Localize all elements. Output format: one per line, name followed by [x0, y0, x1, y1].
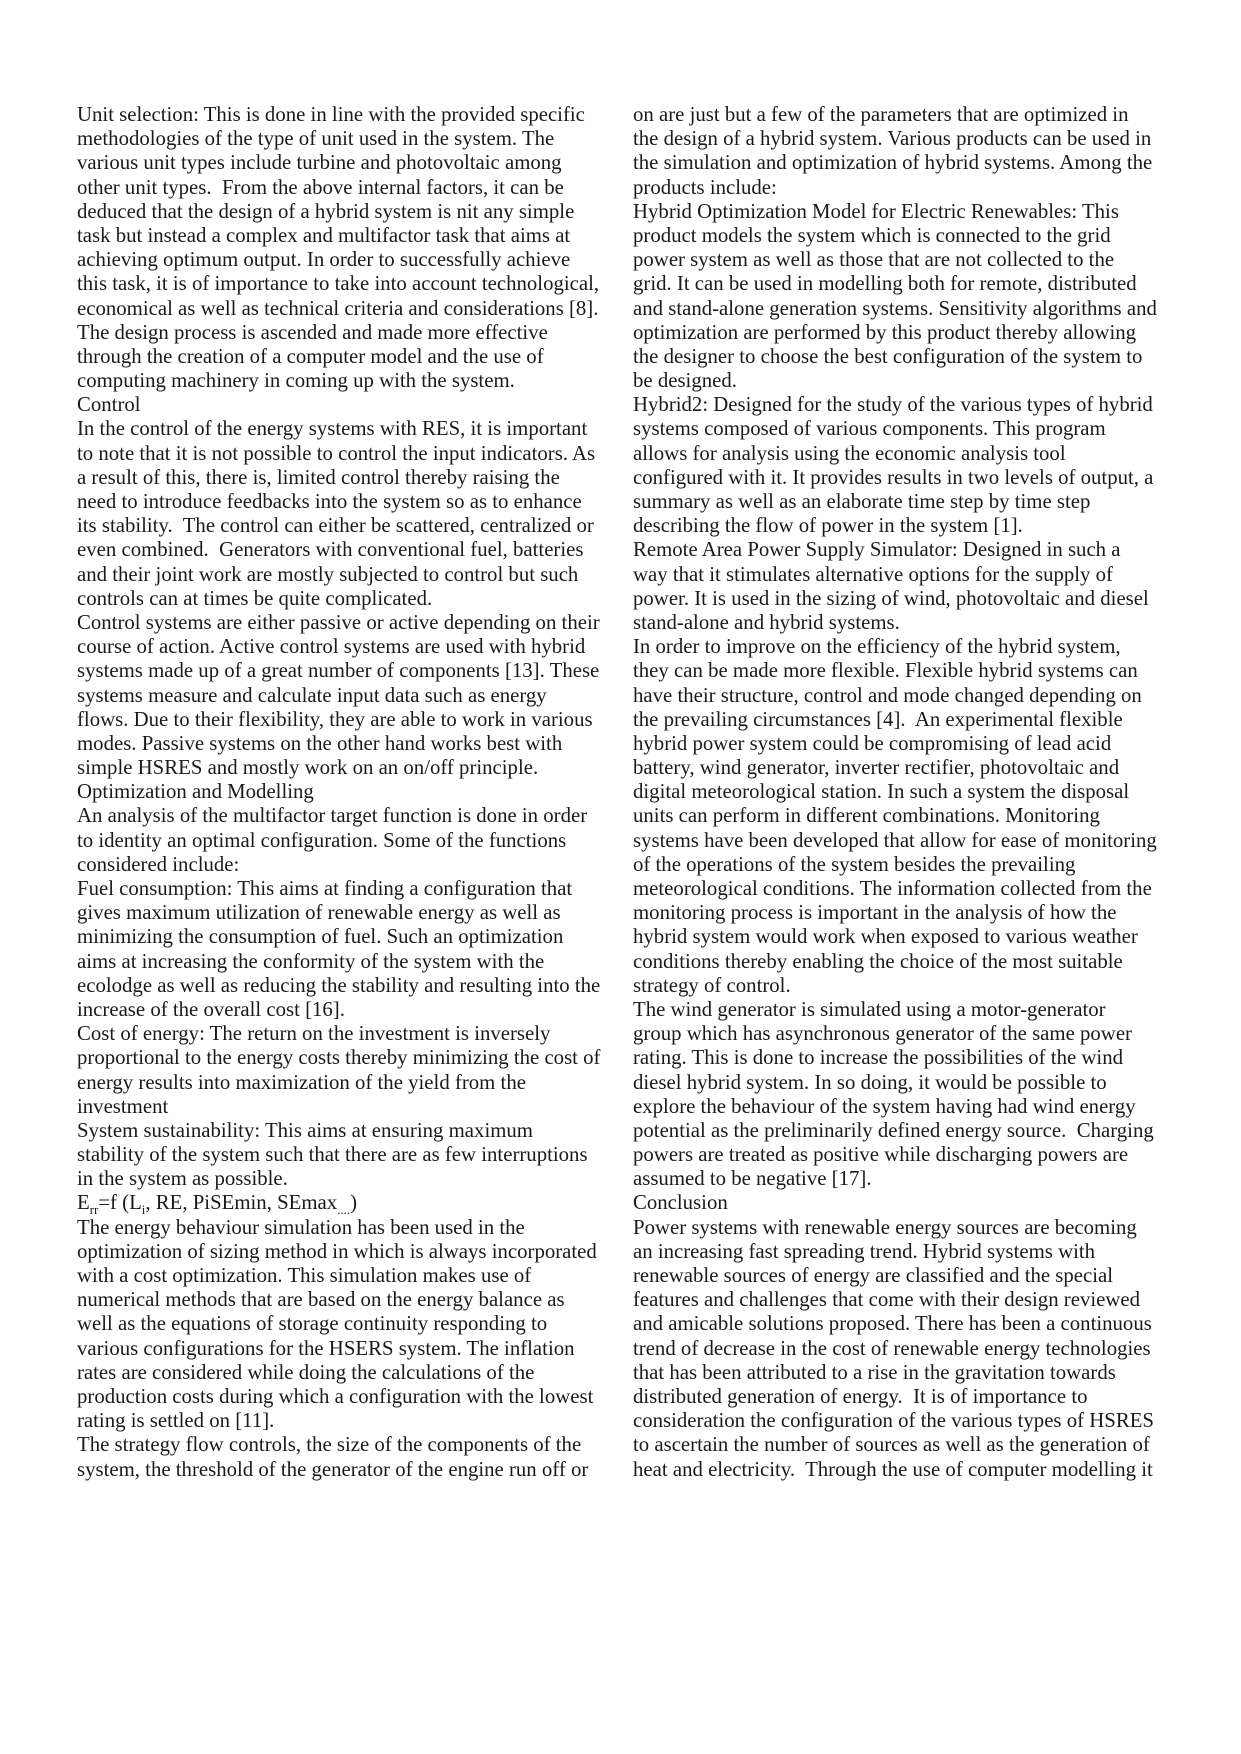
text-line: optimization of sizing method in which i…	[77, 1240, 614, 1264]
text-line: and amicable solutions proposed. There h…	[633, 1312, 1170, 1336]
text-line: in the system as possible.	[77, 1167, 614, 1191]
text-line: strategy of control.	[633, 974, 1170, 998]
text-line: battery, wind generator, inverter rectif…	[633, 756, 1170, 780]
text-line: conditions thereby enabling the choice o…	[633, 950, 1170, 974]
text-line: In order to improve on the efficiency of…	[633, 635, 1170, 659]
text-line: the simulation and optimization of hybri…	[633, 151, 1170, 175]
text-line: assumed to be negative [17].	[633, 1167, 1170, 1191]
text-line: Cost of energy: The return on the invest…	[77, 1022, 614, 1046]
text-line: computing machinery in coming up with th…	[77, 369, 614, 393]
text-line: Err=f (Li, RE, PiSEmin, SEmax....)	[77, 1191, 614, 1215]
text-line: have their structure, control and mode c…	[633, 684, 1170, 708]
text-line: Hybrid Optimization Model for Electric R…	[633, 200, 1170, 224]
text-line: Fuel consumption: This aims at finding a…	[77, 877, 614, 901]
text-line: its stability. The control can either be…	[77, 514, 614, 538]
text-line: The wind generator is simulated using a …	[633, 998, 1170, 1022]
text-line: systems have been developed that allow f…	[633, 829, 1170, 853]
text-line: that has been attributed to a rise in th…	[633, 1361, 1170, 1385]
text-line: various unit types include turbine and p…	[77, 151, 614, 175]
text-line: through the creation of a computer model…	[77, 345, 614, 369]
text-line: the prevailing circumstances [4]. An exp…	[633, 708, 1170, 732]
text-line: rating. This is done to increase the pos…	[633, 1046, 1170, 1070]
column-right: on are just but a few of the parameters …	[633, 103, 1170, 1482]
text-line: group which has asynchronous generator o…	[633, 1022, 1170, 1046]
text-line: simple HSRES and mostly work on an on/of…	[77, 756, 614, 780]
text-line: explore the behaviour of the system havi…	[633, 1095, 1170, 1119]
text-line: this task, it is of importance to take i…	[77, 272, 614, 296]
text-line: units can perform in different combinati…	[633, 804, 1170, 828]
text-line: increase of the overall cost [16].	[77, 998, 614, 1022]
text-line: modes. Passive systems on the other hand…	[77, 732, 614, 756]
text-line: and their joint work are mostly subjecte…	[77, 563, 614, 587]
text-line: stability of the system such that there …	[77, 1143, 614, 1167]
text-line: rating is settled on [11].	[77, 1409, 614, 1433]
text-line: The design process is ascended and made …	[77, 321, 614, 345]
text-line: System sustainability: This aims at ensu…	[77, 1119, 614, 1143]
text-line: describing the flow of power in the syst…	[633, 514, 1170, 538]
text-line: monitoring process is important in the a…	[633, 901, 1170, 925]
text-line: proportional to the energy costs thereby…	[77, 1046, 614, 1070]
text-line: systems made up of a great number of com…	[77, 659, 614, 683]
text-line: grid. It can be used in modelling both f…	[633, 272, 1170, 296]
text-line: to identity an optimal configuration. So…	[77, 829, 614, 853]
text-line: powers are treated as positive while dis…	[633, 1143, 1170, 1167]
text-line: methodologies of the type of unit used i…	[77, 127, 614, 151]
text-line: a result of this, there is, limited cont…	[77, 466, 614, 490]
text-line: numerical methods that are based on the …	[77, 1288, 614, 1312]
text-line: well as the equations of storage continu…	[77, 1312, 614, 1336]
text-line: flows. Due to their flexibility, they ar…	[77, 708, 614, 732]
text-line: summary as well as an elaborate time ste…	[633, 490, 1170, 514]
text-line: system, the threshold of the generator o…	[77, 1458, 614, 1482]
text-line: potential as the preliminarily defined e…	[633, 1119, 1170, 1143]
text-line: economical as well as technical criteria…	[77, 297, 614, 321]
text-line: way that it stimulates alternative optio…	[633, 563, 1170, 587]
text-line: with a cost optimization. This simulatio…	[77, 1264, 614, 1288]
text-line: In the control of the energy systems wit…	[77, 417, 614, 441]
text-line: Optimization and Modelling	[77, 780, 614, 804]
text-line: diesel hybrid system. In so doing, it wo…	[633, 1071, 1170, 1095]
text-line: gives maximum utilization of renewable e…	[77, 901, 614, 925]
text-line: course of action. Active control systems…	[77, 635, 614, 659]
text-line: The energy behaviour simulation has been…	[77, 1216, 614, 1240]
text-line: features and challenges that come with t…	[633, 1288, 1170, 1312]
text-line: Hybrid2: Designed for the study of the v…	[633, 393, 1170, 417]
text-line: allows for analysis using the economic a…	[633, 442, 1170, 466]
text-line: optimization are performed by this produ…	[633, 321, 1170, 345]
text-line: to ascertain the number of sources as we…	[633, 1433, 1170, 1457]
text-line: aims at increasing the conformity of the…	[77, 950, 614, 974]
text-line: the designer to choose the best configur…	[633, 345, 1170, 369]
text-line: renewable sources of energy are classifi…	[633, 1264, 1170, 1288]
text-line: stand-alone and hybrid systems.	[633, 611, 1170, 635]
text-line: minimizing the consumption of fuel. Such…	[77, 925, 614, 949]
text-line: on are just but a few of the parameters …	[633, 103, 1170, 127]
text-line: deduced that the design of a hybrid syst…	[77, 200, 614, 224]
text-line: hybrid power system could be compromisin…	[633, 732, 1170, 756]
text-line: production costs during which a configur…	[77, 1385, 614, 1409]
text-line: ecolodge as well as reducing the stabili…	[77, 974, 614, 998]
text-line: the design of a hybrid system. Various p…	[633, 127, 1170, 151]
text-line: power. It is used in the sizing of wind,…	[633, 587, 1170, 611]
text-line: need to introduce feedbacks into the sys…	[77, 490, 614, 514]
text-line: distributed generation of energy. It is …	[633, 1385, 1170, 1409]
column-left: Unit selection: This is done in line wit…	[77, 103, 614, 1482]
text-line: other unit types. From the above interna…	[77, 176, 614, 200]
text-line: achieving optimum output. In order to su…	[77, 248, 614, 272]
text-line: even combined. Generators with conventio…	[77, 538, 614, 562]
text-line: Control systems are either passive or ac…	[77, 611, 614, 635]
text-line: investment	[77, 1095, 614, 1119]
text-line: consideration the configuration of the v…	[633, 1409, 1170, 1433]
text-line: energy results into maximization of the …	[77, 1071, 614, 1095]
text-line: Conclusion	[633, 1191, 1170, 1215]
text-line: an increasing fast spreading trend. Hybr…	[633, 1240, 1170, 1264]
text-line: and stand-alone generation systems. Sens…	[633, 297, 1170, 321]
text-line: hybrid system would work when exposed to…	[633, 925, 1170, 949]
text-line: product models the system which is conne…	[633, 224, 1170, 248]
text-line: considered include:	[77, 853, 614, 877]
text-line: rates are considered while doing the cal…	[77, 1361, 614, 1385]
text-line: The strategy flow controls, the size of …	[77, 1433, 614, 1457]
text-line: heat and electricity. Through the use of…	[633, 1458, 1170, 1482]
text-line: power system as well as those that are n…	[633, 248, 1170, 272]
text-line: meteorological conditions. The informati…	[633, 877, 1170, 901]
text-line: Power systems with renewable energy sour…	[633, 1216, 1170, 1240]
text-line: they can be made more flexible. Flexible…	[633, 659, 1170, 683]
text-line: Unit selection: This is done in line wit…	[77, 103, 614, 127]
text-line: trend of decrease in the cost of renewab…	[633, 1337, 1170, 1361]
text-line: digital meteorological station. In such …	[633, 780, 1170, 804]
text-line: An analysis of the multifactor target fu…	[77, 804, 614, 828]
text-line: configured with it. It provides results …	[633, 466, 1170, 490]
text-line: systems composed of various components. …	[633, 417, 1170, 441]
text-line: Remote Area Power Supply Simulator: Desi…	[633, 538, 1170, 562]
text-line: of the operations of the system besides …	[633, 853, 1170, 877]
text-line: systems measure and calculate input data…	[77, 684, 614, 708]
text-line: controls can at times be quite complicat…	[77, 587, 614, 611]
text-line: various configurations for the HSERS sys…	[77, 1337, 614, 1361]
text-line: products include:	[633, 176, 1170, 200]
document-page: Unit selection: This is done in line wit…	[0, 0, 1241, 1754]
text-line: to note that it is not possible to contr…	[77, 442, 614, 466]
text-line: be designed.	[633, 369, 1170, 393]
text-line: task but instead a complex and multifact…	[77, 224, 614, 248]
text-line: Control	[77, 393, 614, 417]
